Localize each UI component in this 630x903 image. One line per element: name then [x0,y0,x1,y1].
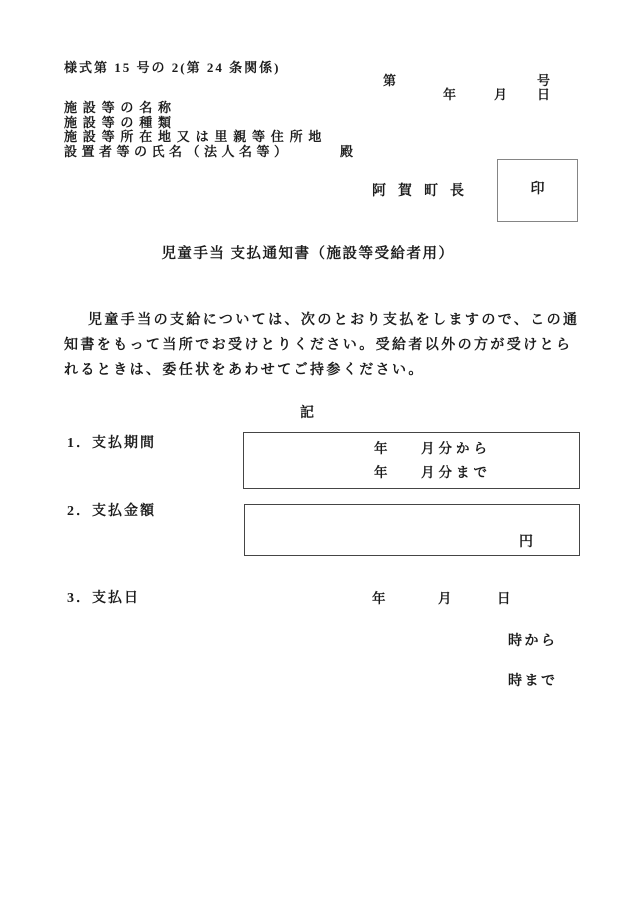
issue-date-day-label: 日 [537,88,550,103]
yen-unit-label: 円 [519,535,533,551]
doc-number-prefix: 第 [383,74,396,89]
recipient-line-facility-address: 施設等所在地又は里親等住所地 [64,130,327,145]
seal-label: 印 [531,182,545,198]
payday-year-label: 年 [372,591,386,607]
item3-payday-label: 3．支払日 [67,591,140,607]
item2-payment-amount-label: 2．支払金額 [67,504,156,520]
period-to-suffix-label: 月分まで [421,465,491,481]
seal-box: 印 [497,159,578,222]
recipient-line-facility-type: 施設等の種類 [64,116,327,131]
form-number: 様式第 15 号の 2(第 24 条関係) [64,61,280,76]
issue-date-month-label: 月 [494,88,507,103]
document-title: 児童手当 支払通知書（施設等受給者用） [161,246,454,263]
payday-day-label: 日 [497,591,511,607]
period-from-year-label: 年 [374,441,388,457]
recipient-line-founder-name: 設置者等の氏名（法人名等） [64,145,327,160]
section-mark: 記 [300,406,314,422]
body-paragraph-line-2: 知書をもって当所でお受けとりください。受給者以外の方が受けとら [64,338,572,354]
honorific-label: 殿 [340,145,353,160]
period-to-year-label: 年 [374,465,388,481]
time-to-label: 時まで [508,674,558,690]
payday-month-label: 月 [438,591,452,607]
item1-payment-period-label: 1．支払期間 [67,436,156,452]
payment-period-box: 年 月分から 年 月分まで [243,432,580,489]
recipient-block: 施設等の名称 施設等の種類 施設等所在地又は里親等住所地 設置者等の氏名（法人名… [64,101,327,159]
time-from-label: 時から [508,634,558,650]
document-page: 様式第 15 号の 2(第 24 条関係) 第 号 年 月 日 施設等の名称 施… [0,0,630,903]
recipient-line-facility-name: 施設等の名称 [64,101,327,116]
issue-date-year-label: 年 [443,88,456,103]
issuer-name: 阿賀町長 [372,184,476,200]
body-paragraph-line-3: れるときは、委任状をあわせてご持参ください。 [64,363,425,379]
body-paragraph-line-1: 児童手当の支給については、次のとおり支払をしますので、この通 [64,313,579,329]
period-from-suffix-label: 月分から [421,441,491,457]
payment-amount-box: 円 [244,504,580,556]
